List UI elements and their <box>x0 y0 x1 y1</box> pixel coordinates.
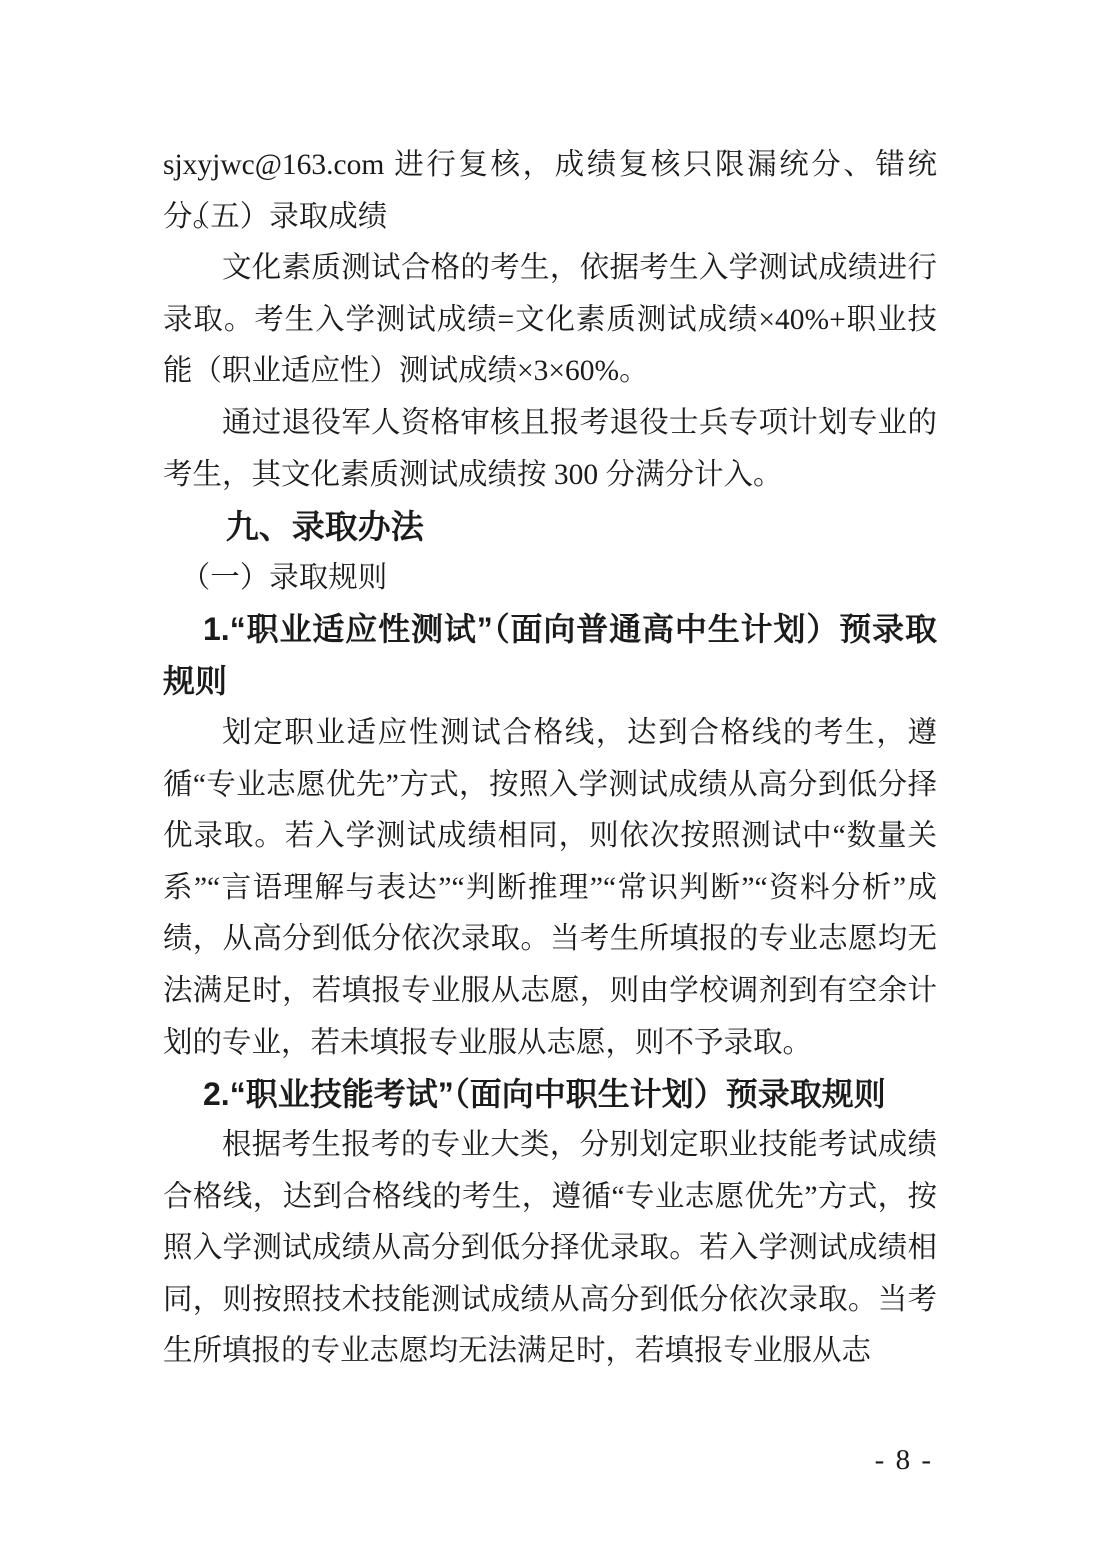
heading-section-1: （一）录取规则 <box>163 553 937 605</box>
heading-chapter-9: 九、录取办法 <box>163 501 937 553</box>
paragraph-veteran-policy: 通过退役军人资格审核且报考退役士兵专项计划专业的考生，其文化素质测试成绩按 30… <box>163 398 937 501</box>
paragraph-rule-2-body: 根据考生报考的专业大类，分别划定职业技能考试成绩合格线，达到合格线的考生，遵循“… <box>163 1120 937 1378</box>
page-number: - 8 - <box>875 1444 933 1477</box>
document-page: sjxyjwc@163.com 进行复核，成绩复核只限漏统分、错统分。 （五）录… <box>0 0 1102 1559</box>
heading-rule-2: 2.“职业技能考试”（面向中职生计划）预录取规则 <box>163 1069 937 1121</box>
paragraph-rule-1-body: 划定职业适应性测试合格线，达到合格线的考生，遵循“专业志愿优先”方式，按照入学测… <box>163 708 937 1069</box>
paragraph-admission-score-formula: 文化素质测试合格的考生，依据考生入学测试成绩进行录取。考生入学测试成绩=文化素质… <box>163 243 937 398</box>
heading-section-5: （五）录取成绩 <box>163 192 937 244</box>
heading-rule-1: 1.“职业适应性测试”（面向普通高中生计划）预录取规则 <box>163 604 937 707</box>
